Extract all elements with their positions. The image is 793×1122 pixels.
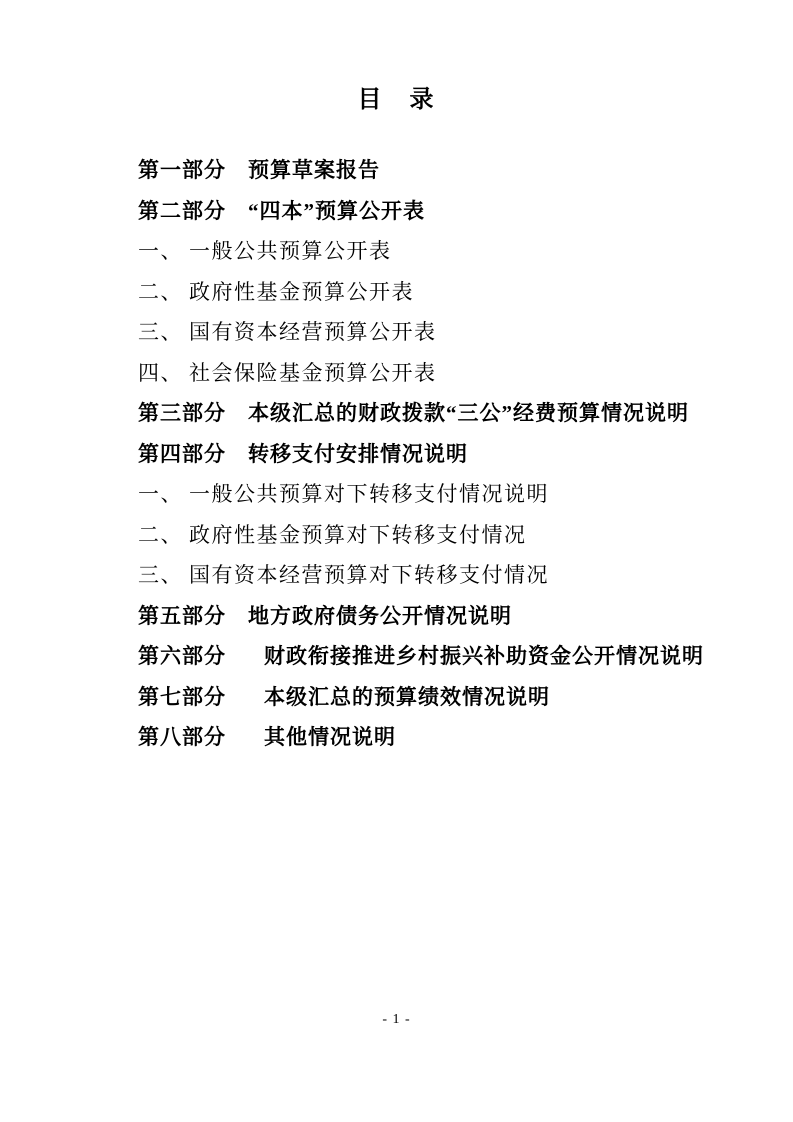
toc-item-label: 第八部分 <box>138 725 226 749</box>
toc-item-title: “四本”预算公开表 <box>248 199 425 223</box>
toc-item-label: 二、 <box>138 523 183 547</box>
toc-item-label: 第六部分 <box>138 644 226 668</box>
toc-item: 第一部分预算草案报告 <box>138 150 753 191</box>
toc-item-title: 预算草案报告 <box>248 158 380 182</box>
toc-item-title: 地方政府债务公开情况说明 <box>248 604 512 628</box>
toc-item-title: 本级汇总的预算绩效情况说明 <box>264 685 550 709</box>
toc-item: 第二部分“四本”预算公开表 <box>138 191 753 232</box>
toc-page-title: 目 录 <box>0 79 793 114</box>
toc-item-label: 第七部分 <box>138 685 226 709</box>
toc-item-label: 三、 <box>138 563 183 587</box>
document-page: 目 录 第一部分预算草案报告第二部分“四本”预算公开表一、一般公共预算公开表二、… <box>0 0 793 1122</box>
toc-item-title: 本级汇总的财政拨款“三公”经费预算情况说明 <box>248 401 689 425</box>
toc-item-label: 第四部分 <box>138 442 226 466</box>
page-number: - 1 - <box>0 1012 793 1028</box>
toc-item-title: 政府性基金预算公开表 <box>189 280 414 304</box>
toc-item-title: 国有资本经营预算对下转移支付情况 <box>189 563 549 587</box>
toc-item-title: 政府性基金预算对下转移支付情况 <box>189 523 527 547</box>
toc-item-title: 转移支付安排情况说明 <box>248 442 468 466</box>
toc-item-label: 第五部分 <box>138 604 226 628</box>
toc-item: 三、国有资本经营预算公开表 <box>138 312 753 353</box>
toc-item: 四、社会保险基金预算公开表 <box>138 353 753 394</box>
toc-item-label: 一、 <box>138 239 183 263</box>
toc-item: 第六部分财政衔接推进乡村振兴补助资金公开情况说明 <box>138 636 753 677</box>
toc-list: 第一部分预算草案报告第二部分“四本”预算公开表一、一般公共预算公开表二、政府性基… <box>138 150 753 758</box>
toc-item: 二、政府性基金预算公开表 <box>138 272 753 313</box>
toc-item: 第七部分本级汇总的预算绩效情况说明 <box>138 677 753 718</box>
toc-item: 一、一般公共预算对下转移支付情况说明 <box>138 474 753 515</box>
toc-item-label: 四、 <box>138 361 183 385</box>
toc-item: 一、一般公共预算公开表 <box>138 231 753 272</box>
toc-item-title: 其他情况说明 <box>264 725 396 749</box>
toc-item-label: 二、 <box>138 280 183 304</box>
toc-item-label: 第一部分 <box>138 158 226 182</box>
toc-item: 第五部分地方政府债务公开情况说明 <box>138 596 753 637</box>
toc-item: 第八部分其他情况说明 <box>138 717 753 758</box>
toc-item-label: 第二部分 <box>138 199 226 223</box>
toc-item: 三、国有资本经营预算对下转移支付情况 <box>138 555 753 596</box>
toc-item: 第四部分转移支付安排情况说明 <box>138 434 753 475</box>
toc-item-title: 社会保险基金预算公开表 <box>189 361 437 385</box>
toc-item-title: 国有资本经营预算公开表 <box>189 320 437 344</box>
toc-item-title: 一般公共预算公开表 <box>189 239 392 263</box>
toc-item: 第三部分本级汇总的财政拨款“三公”经费预算情况说明 <box>138 393 753 434</box>
toc-item-label: 第三部分 <box>138 401 226 425</box>
toc-item-label: 一、 <box>138 482 183 506</box>
toc-item-title: 财政衔接推进乡村振兴补助资金公开情况说明 <box>264 644 704 668</box>
toc-item: 二、政府性基金预算对下转移支付情况 <box>138 515 753 556</box>
toc-item-label: 三、 <box>138 320 183 344</box>
toc-item-title: 一般公共预算对下转移支付情况说明 <box>189 482 549 506</box>
